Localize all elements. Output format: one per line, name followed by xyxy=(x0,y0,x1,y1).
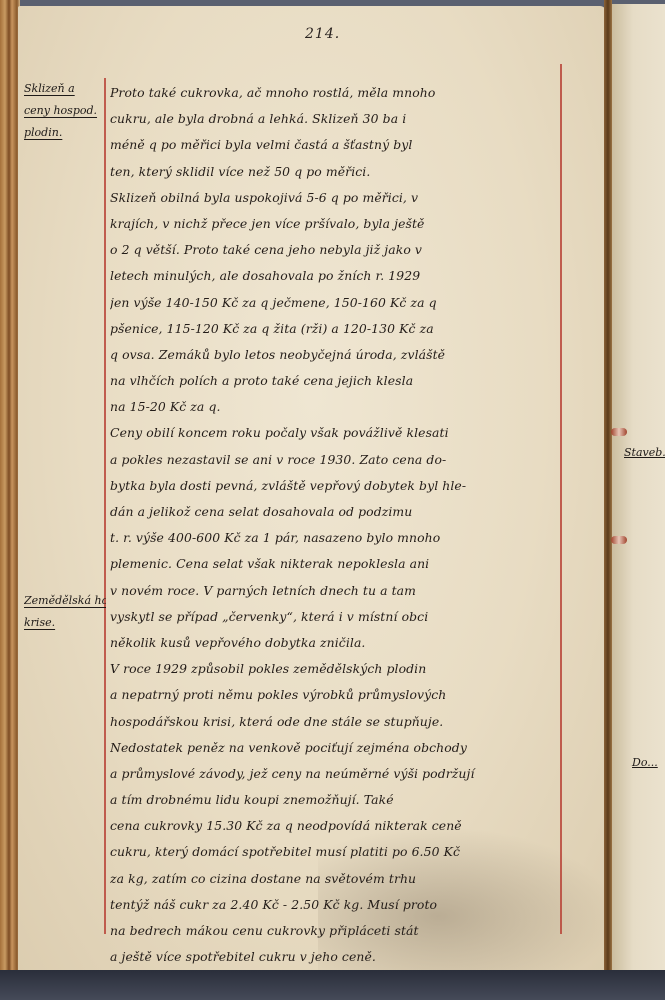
text-line: Ceny obilí koncem roku počaly však pováž… xyxy=(110,420,560,446)
margin-heading-line: ceny hospod. xyxy=(24,100,106,122)
text-line: Sklizeň obilná byla uspokojivá 5-6 q po … xyxy=(110,185,560,211)
text-line: cena cukrovky 15.30 Kč za q neodpovídá n… xyxy=(110,813,560,839)
text-line: a pokles nezastavil se ani v roce 1930. … xyxy=(110,447,560,473)
adjacent-page xyxy=(612,4,665,972)
right-margin-rule xyxy=(560,64,562,934)
page-number: 214. xyxy=(305,26,340,42)
text-line: cukru, který domácí spotřebitel musí pla… xyxy=(110,839,560,865)
margin-heading-line: Zemědělská hospod. xyxy=(24,590,106,612)
text-line: tentýž náš cukr za 2.40 Kč - 2.50 Kč kg.… xyxy=(110,892,560,918)
adjacent-page-label: Do... xyxy=(632,756,658,769)
text-line: ten, který sklidil více než 50 q po měři… xyxy=(110,159,560,185)
margin-heading-line: Sklizeň a xyxy=(24,78,106,100)
text-line: a tím drobnému lidu koupi znemožňují. Ta… xyxy=(110,787,560,813)
text-line: bytka byla dosti pevná, zvláště vepřový … xyxy=(110,473,560,499)
text-line: vyskytl se případ „červenky“, která i v … xyxy=(110,604,560,630)
binding-thread-icon xyxy=(611,428,627,436)
book-gutter xyxy=(604,0,612,972)
text-line: q ovsa. Zemáků bylo letos neobyčejná úro… xyxy=(110,342,560,368)
binding-thread-icon xyxy=(611,536,627,544)
text-line: jen výše 140-150 Kč za q ječmene, 150-16… xyxy=(110,290,560,316)
margin-heading-line: plodin. xyxy=(24,122,106,144)
text-line: Nedostatek peněz na venkově pociťují zej… xyxy=(110,735,560,761)
text-line: letech minulých, ale dosahovala po žních… xyxy=(110,263,560,289)
margin-heading-crisis: Zemědělská hospod. krise. xyxy=(24,590,106,634)
book-spine-edge xyxy=(0,0,20,972)
text-line: za kg, zatím co cizina dostane na světov… xyxy=(110,866,560,892)
text-line: pšenice, 115-120 Kč za q žita (rži) a 12… xyxy=(110,316,560,342)
text-line: cukru, ale byla drobná a lehká. Sklizeň … xyxy=(110,106,560,132)
text-line: a ještě více spotřebitel cukru v jeho ce… xyxy=(110,944,560,970)
adjacent-page-label: Staveb... xyxy=(624,446,665,459)
background-bottom xyxy=(0,970,665,1000)
text-line: V roce 1929 způsobil pokles zemědělských… xyxy=(110,656,560,682)
margin-heading-line: krise. xyxy=(24,612,106,634)
text-line: plemenic. Cena selat však nikterak nepok… xyxy=(110,551,560,577)
text-line: krajích, v nichž přece jen více pršívalo… xyxy=(110,211,560,237)
text-line: a průmyslové závody, jež ceny na neúměrn… xyxy=(110,761,560,787)
text-line: t. r. výše 400-600 Kč za 1 pár, nasazeno… xyxy=(110,525,560,551)
text-line: a nepatrný proti němu pokles výrobků prů… xyxy=(110,682,560,708)
text-line: méně q po měřici byla velmi častá a šťas… xyxy=(110,132,560,158)
text-line: dán a jelikož cena selat dosahovala od p… xyxy=(110,499,560,525)
text-line: hospodářskou krisi, která ode dne stále … xyxy=(110,709,560,735)
handwritten-body: Proto také cukrovka, ač mnoho rostlá, mě… xyxy=(110,80,560,997)
text-line: v novém roce. V parných letních dnech tu… xyxy=(110,578,560,604)
text-line: na 15-20 Kč za q. xyxy=(110,394,560,420)
text-line: Proto také cukrovka, ač mnoho rostlá, mě… xyxy=(110,80,560,106)
text-line: na vlhčích polích a proto také cena jeji… xyxy=(110,368,560,394)
text-line: o 2 q větší. Proto také cena jeho nebyla… xyxy=(110,237,560,263)
left-margin-rule xyxy=(104,78,106,934)
text-line: několik kusů vepřového dobytka zničila. xyxy=(110,630,560,656)
margin-heading-harvest: Sklizeň a ceny hospod. plodin. xyxy=(24,78,106,144)
text-line: na bedrech mákou cenu cukrovky připlácet… xyxy=(110,918,560,944)
